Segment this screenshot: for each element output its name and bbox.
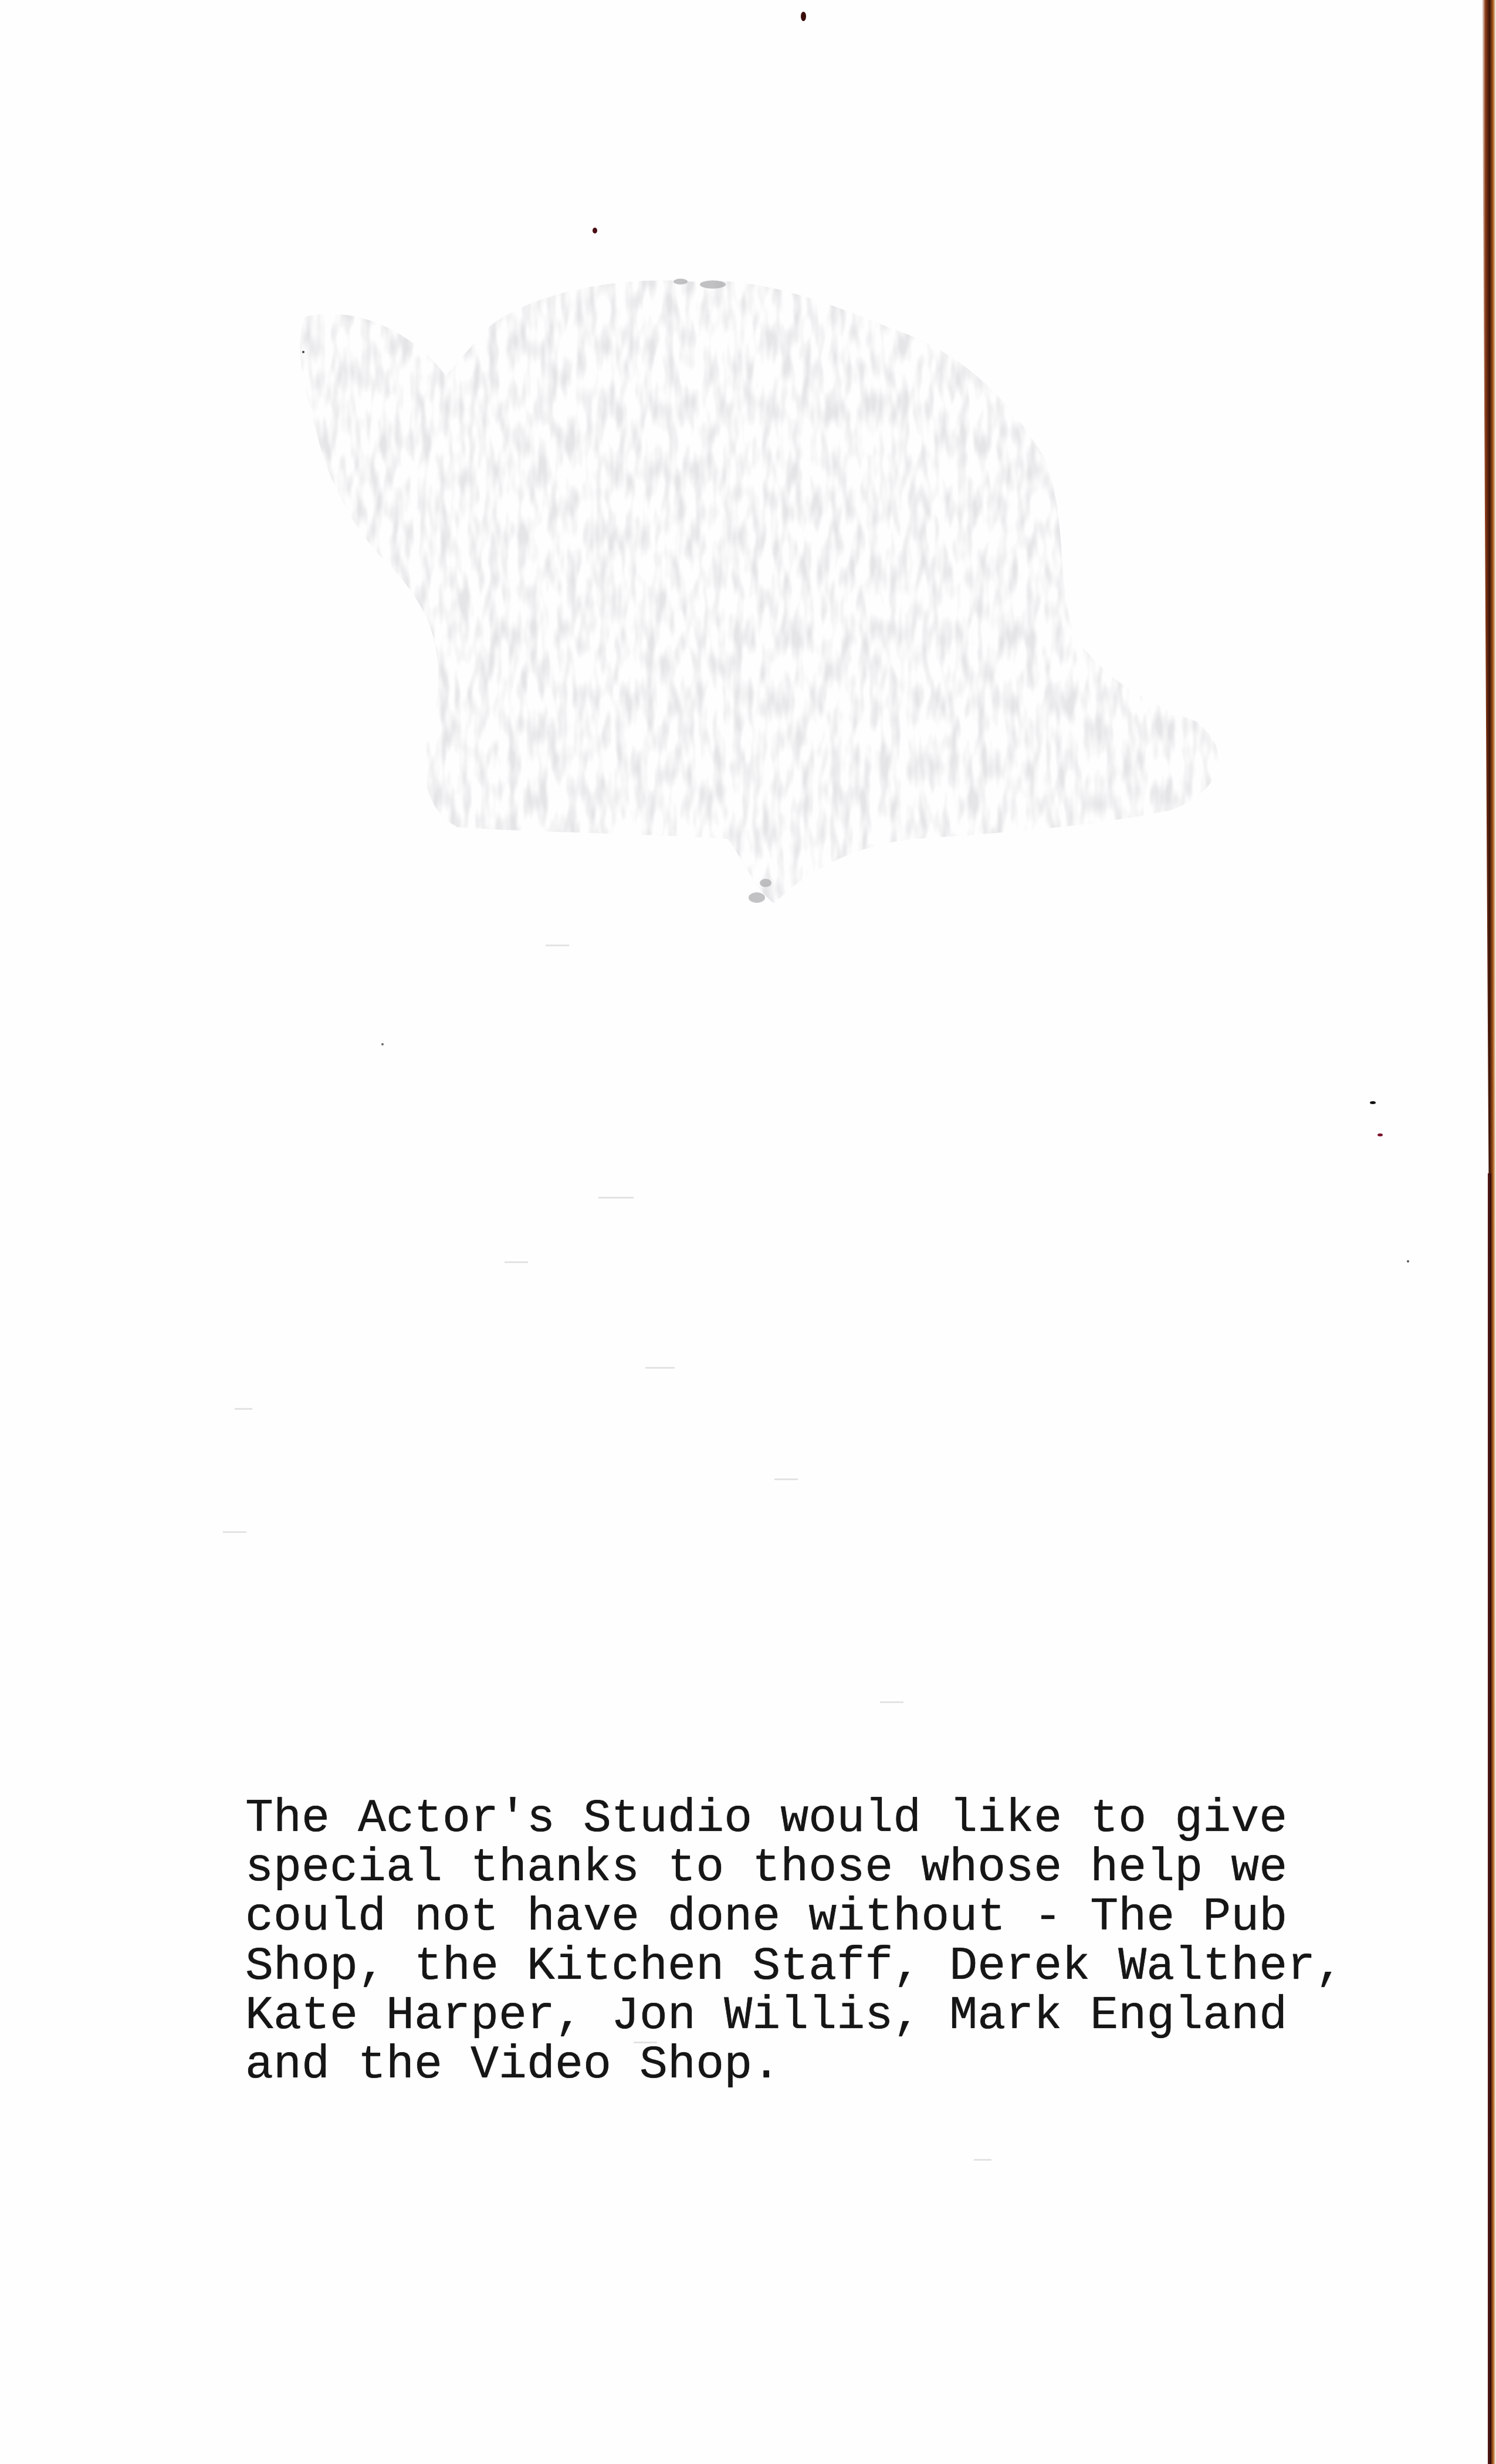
scanned-page: The Actor's Studio would like to givespe…: [0, 0, 1496, 2464]
ink-speck: [381, 1043, 384, 1045]
ink-speck: [302, 351, 304, 353]
ink-speck: [1407, 1260, 1409, 1263]
ink-speck: [593, 228, 597, 233]
page-edge-border-lower: [1488, 1173, 1491, 2464]
ink-speck: [801, 12, 806, 21]
acknowledgement-line: Shop, the Kitchen Staff, Derek Walther,: [245, 1942, 1343, 1992]
ink-speck: [1370, 1101, 1376, 1104]
acknowledgement-paragraph: The Actor's Studio would like to givespe…: [245, 1745, 1343, 2090]
ink-speck: [1377, 1133, 1383, 1136]
acknowledgement-line: special thanks to those whose help we: [245, 1844, 1343, 1893]
acknowledgement-line: could not have done without - The Pub: [245, 1893, 1343, 1942]
acknowledgement-line: and the Video Shop.: [245, 2041, 1343, 2090]
bleed-through-image: [0, 0, 1496, 2464]
acknowledgement-line: Kate Harper, Jon Willis, Mark England: [245, 1992, 1343, 2041]
acknowledgement-line: The Actor's Studio would like to give: [245, 1795, 1343, 1844]
